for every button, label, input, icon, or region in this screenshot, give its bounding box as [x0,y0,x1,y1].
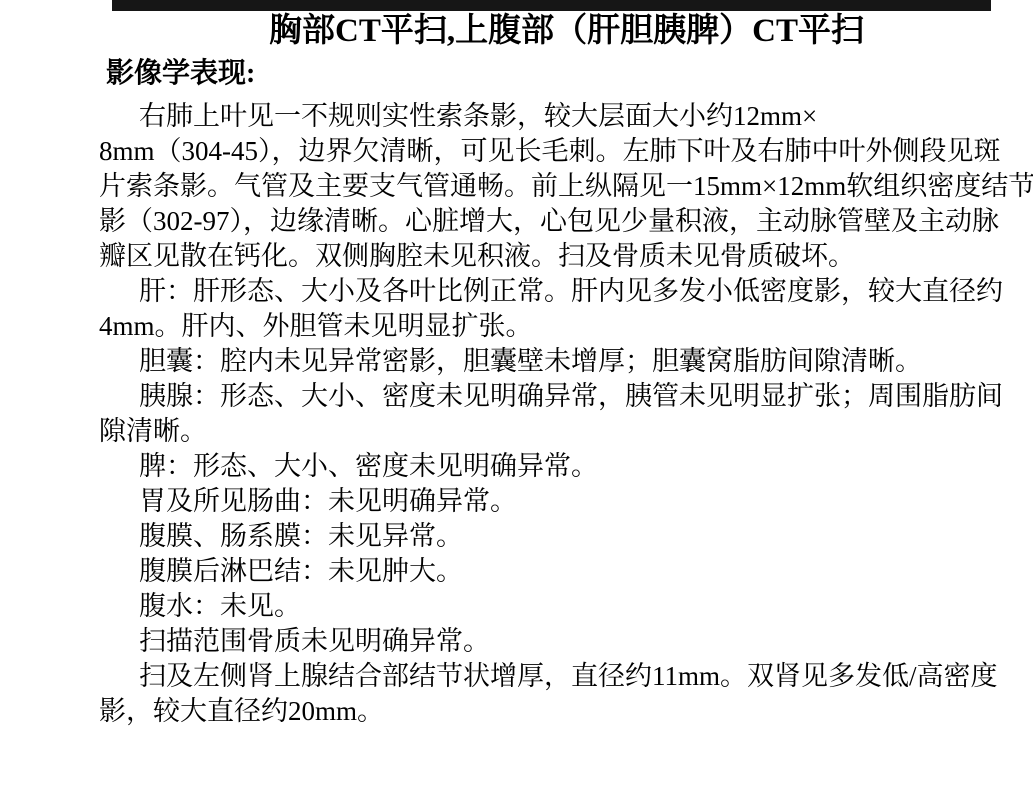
report-line: 影，较大直径约20mm。 [99,694,1033,729]
report-line: 肝：肝形态、大小及各叶比例正常。肝内见多发小低密度影，较大直径约 [99,274,1033,309]
report-line: 瓣区见散在钙化。双侧胸腔未见积液。扫及骨质未见骨质破坏。 [99,239,1033,274]
report-line: 腹膜后淋巴结：未见肿大。 [99,554,1033,589]
report-line: 胃及所见肠曲：未见明确异常。 [99,484,1033,519]
report-line: 胰腺：形态、大小、密度未见明确异常，胰管未见明显扩张；周围脂肪间 [99,379,1033,414]
report-line: 片索条影。气管及主要支气管通畅。前上纵隔见一15mm×12mm软组织密度结节 [99,169,1033,204]
report-line: 4mm。肝内、外胆管未见明显扩张。 [99,309,1033,344]
report-line: 腹膜、肠系膜：未见异常。 [99,519,1033,554]
report-line: 右肺上叶见一不规则实性索条影，较大层面大小约12mm× [99,99,1033,134]
report-body: 右肺上叶见一不规则实性索条影，较大层面大小约12mm×8mm（304-45），边… [99,99,1033,729]
report-line: 脾：形态、大小、密度未见明确异常。 [99,449,1033,484]
top-bar [112,0,991,11]
report-line: 腹水：未见。 [99,589,1033,624]
section-heading-imaging-findings: 影像学表现: [106,56,1033,92]
report-line: 隙清晰。 [99,414,1033,449]
report-line: 扫及左侧肾上腺结合部结节状增厚，直径约11mm。双肾见多发低/高密度 [99,659,1033,694]
report-line: 胆囊：腔内未见异常密影，胆囊壁未增厚；胆囊窝脂肪间隙清晰。 [99,344,1033,379]
report-line: 8mm（304-45），边界欠清晰，可见长毛刺。左肺下叶及右肺中叶外侧段见斑 [99,134,1033,169]
report-line: 扫描范围骨质未见明确异常。 [99,624,1033,659]
report-page: 胸部CT平扫,上腹部（肝胆胰脾）CT平扫 影像学表现: 右肺上叶见一不规则实性索… [0,0,1033,805]
report-line: 影（302-97），边缘清晰。心脏增大，心包见少量积液，主动脉管壁及主动脉 [99,204,1033,239]
